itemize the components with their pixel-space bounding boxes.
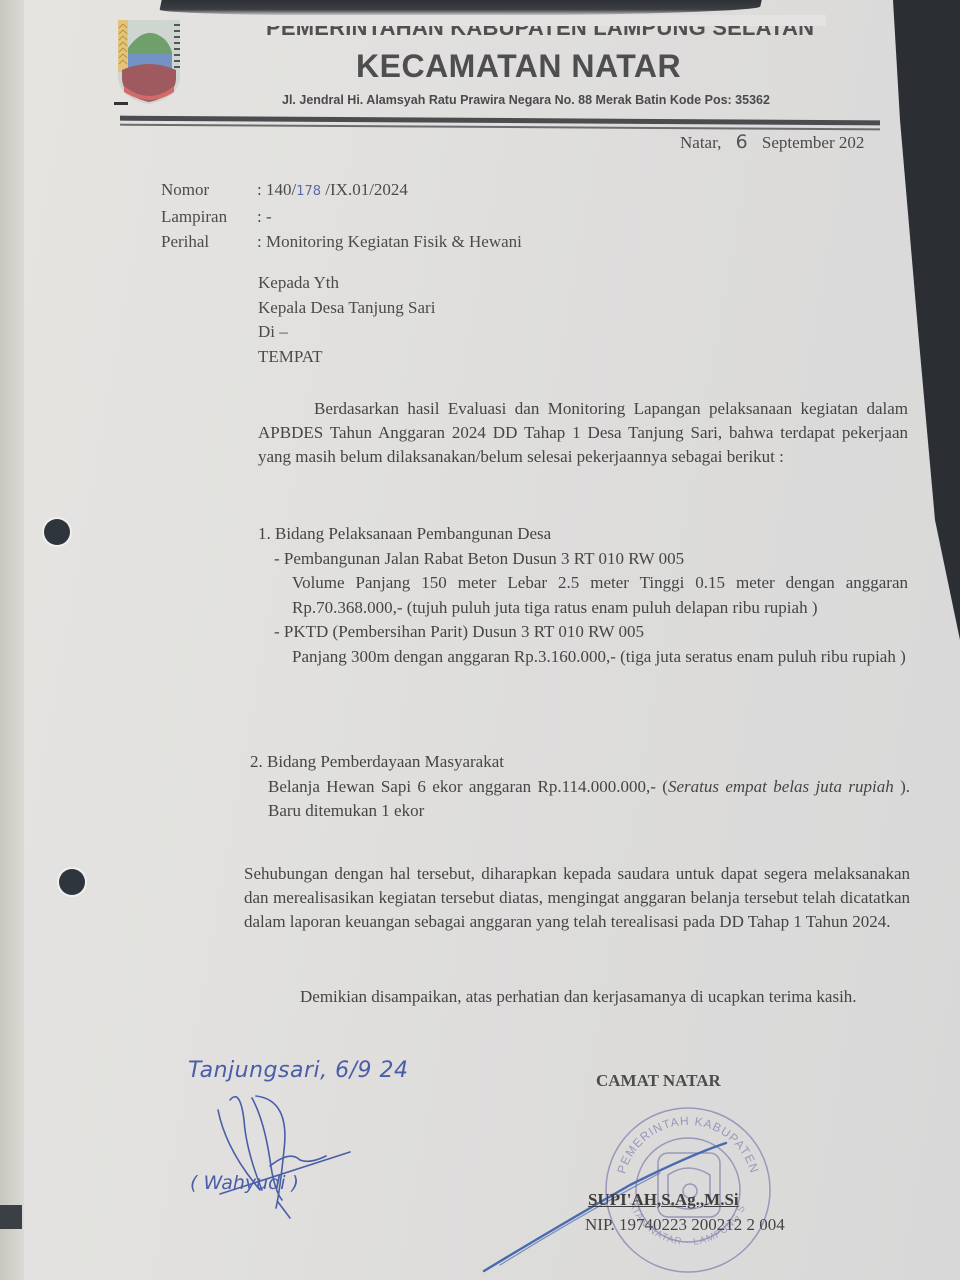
meta-perihal: Perihal : Monitoring Kegiatan Fisik & He… <box>161 229 522 254</box>
regency-coat-of-arms-icon <box>114 14 184 106</box>
letterhead-office: KECAMATAN NATAR <box>356 48 681 85</box>
nomor-handwritten: 178 <box>296 184 321 199</box>
receiver-signature <box>200 1090 370 1220</box>
signer-name: SUPI'AH,S.Ag.,M.Si <box>588 1190 739 1210</box>
letter-meta: Nomor : 140/178 /IX.01/2024 Lampiran : -… <box>161 177 522 254</box>
sub-item-detail: Volume Panjang 150 meter Lebar 2.5 meter… <box>292 571 908 620</box>
recipient-block: Kepada Yth Kepala Desa Tanjung Sari Di –… <box>258 271 435 369</box>
signer-nip: NIP. 19740223 200212 2 004 <box>585 1215 785 1235</box>
date-day-handwritten: 6 <box>736 131 748 153</box>
opening-paragraph: Berdasarkan hasil Evaluasi dan Monitorin… <box>258 397 908 469</box>
letterhead-address: Jl. Jendral Hi. Alamsyah Ratu Prawira Ne… <box>282 93 770 107</box>
item-list-1: 1. Bidang Pelaksanaan Pembangunan Desa -… <box>258 522 908 669</box>
meta-nomor: Nomor : 140/178 /IX.01/2024 <box>161 177 522 204</box>
receipt-name: ( Wahyudi ) <box>190 1172 299 1194</box>
letter-date: Natar, 6 September 202 <box>680 131 864 153</box>
meta-lampiran: Lampiran : - <box>161 204 522 229</box>
date-month-year: September 202 <box>762 133 864 152</box>
item-detail: Belanja Hewan Sapi 6 ekor anggaran Rp.11… <box>268 775 910 824</box>
item-heading: 2. Bidang Pemberdayaan Masyarakat <box>250 750 910 775</box>
date-place: Natar, <box>680 133 721 152</box>
letterhead-government: PEMERINTAHAN KABUPATEN LAMPUNG SELATAN <box>266 15 826 45</box>
sub-item-detail: Panjang 300m dengan anggaran Rp.3.160.00… <box>292 645 908 670</box>
letter: PEMERINTAHAN KABUPATEN LAMPUNG SELATAN K… <box>0 0 960 1280</box>
item-list-2: 2. Bidang Pemberdayaan Masyarakat Belanj… <box>250 750 910 824</box>
letterhead-rule-thin <box>120 124 880 131</box>
request-paragraph: Sehubungan dengan hal tersebut, diharapk… <box>244 862 910 934</box>
closing-paragraph: Demikian disampaikan, atas perhatian dan… <box>244 985 910 1009</box>
sub-item-title: - Pembangunan Jalan Rabat Beton Dusun 3 … <box>274 547 908 572</box>
signer-title: CAMAT NATAR <box>596 1071 721 1091</box>
receipt-place-date: Tanjungsari, 6/9 24 <box>188 1058 409 1083</box>
item-heading: 1. Bidang Pelaksanaan Pembangunan Desa <box>258 522 908 547</box>
sub-item-title: - PKTD (Pembersihan Parit) Dusun 3 RT 01… <box>274 620 908 645</box>
